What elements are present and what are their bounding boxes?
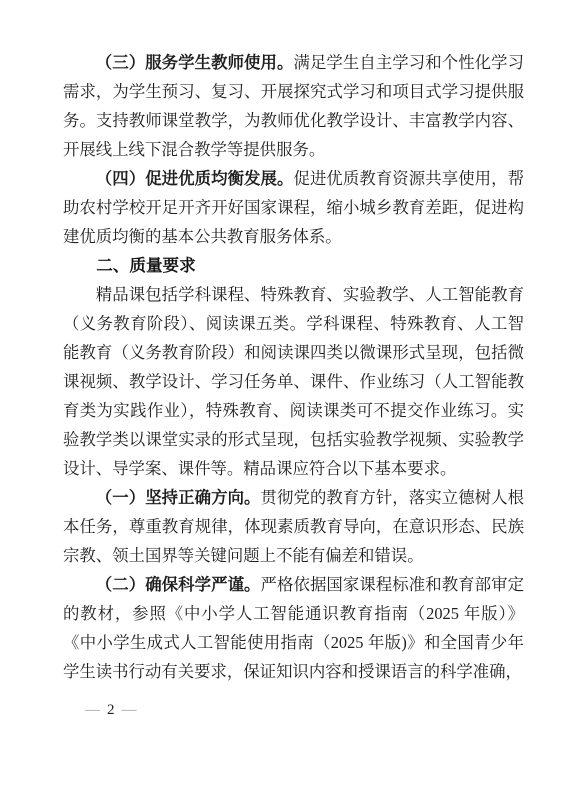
paragraph-text: 精品课包括学科课程、特殊教育、实验教学、人工智能教育（义务教育阶段）、阅读课五类…	[63, 285, 524, 478]
paragraph-balanced-development: （四）促进优质均衡发展。促进优质教育资源共享使用，帮助农村学校开足开齐开好国家课…	[63, 164, 524, 251]
page-number-dash-right: —	[122, 702, 137, 718]
paragraph-course-categories: 精品课包括学科课程、特殊教育、实验教学、人工智能教育（义务教育阶段）、阅读课五类…	[63, 280, 524, 483]
page-number: 2	[107, 702, 115, 718]
paragraph-lead: （四）促进优质均衡发展。	[96, 169, 294, 188]
page-footer: —2—	[85, 700, 137, 720]
document-page: （三）服务学生教师使用。满足学生自主学习和个性化学习需求，为学生预习、复习、开展…	[0, 0, 587, 788]
page-number-dash-left: —	[85, 702, 100, 718]
paragraph-lead: （二）确保科学严谨。	[96, 575, 261, 594]
paragraph-lead: （一）坚持正确方向。	[96, 488, 261, 507]
paragraph-service-students-teachers: （三）服务学生教师使用。满足学生自主学习和个性化学习需求，为学生预习、复习、开展…	[63, 48, 524, 164]
paragraph-scientific-rigor: （二）确保科学严谨。严格依据国家课程标准和教育部审定的教材，参照《中小学人工智能…	[63, 570, 524, 686]
document-body: （三）服务学生教师使用。满足学生自主学习和个性化学习需求，为学生预习、复习、开展…	[63, 48, 524, 686]
paragraph-correct-direction: （一）坚持正确方向。贯彻党的教育方针，落实立德树人根本任务，尊重教育规律，体现素…	[63, 483, 524, 570]
paragraph-lead: （三）服务学生教师使用。	[96, 53, 294, 72]
section-heading-quality-requirements: 二、质量要求	[63, 251, 524, 280]
